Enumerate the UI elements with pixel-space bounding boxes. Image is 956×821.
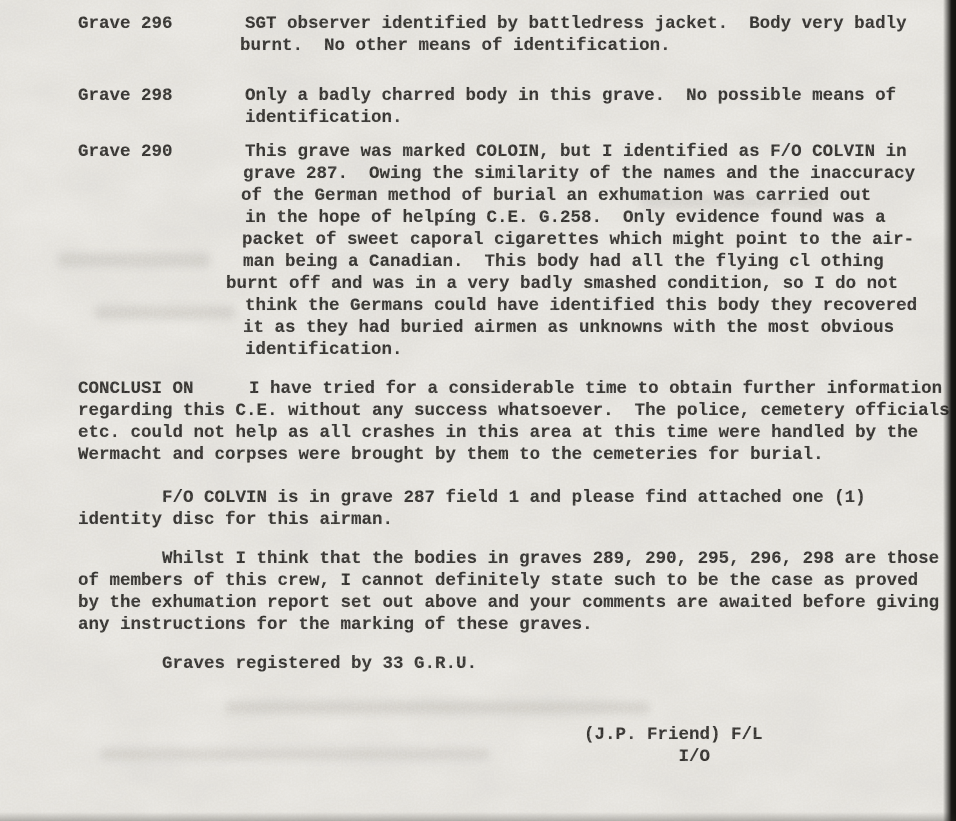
text-line: of the German method of burial an exhuma… bbox=[241, 185, 917, 207]
text-line: think the Germans could have identified … bbox=[245, 295, 917, 317]
signature-name: (J.P. Friend) F/L bbox=[584, 724, 763, 746]
grave-number-label: Grave 290 bbox=[78, 141, 173, 163]
grave-number-label: Grave 298 bbox=[78, 85, 173, 107]
signature-block: (J.P. Friend) F/L I/O bbox=[584, 724, 763, 768]
scan-edge-bottom bbox=[0, 812, 956, 821]
scan-edge-right bbox=[943, 0, 956, 821]
text-line: it as they had buried airmen as unknowns… bbox=[243, 317, 917, 339]
conclusion-heading: CONCLUSI ON bbox=[78, 378, 194, 400]
conclusion-first-row: CONCLUSI ON I have tried for a considera… bbox=[78, 378, 956, 400]
grave-entry-body: Only a badly charred body in this grave.… bbox=[245, 85, 896, 129]
text-line: by the exhumation report set out above a… bbox=[78, 592, 956, 614]
text-line: F/O COLVIN is in grave 287 field 1 and p… bbox=[78, 487, 956, 509]
text-line: I have tried for a considerable time to … bbox=[249, 378, 942, 400]
registration-line: Graves registered by 33 G.R.U. bbox=[78, 653, 477, 675]
text-line: burnt off and was in a very badly smashe… bbox=[226, 273, 917, 295]
text-line: Wermacht and corpses were brought by the… bbox=[78, 444, 956, 466]
bleedthrough-smudge bbox=[225, 701, 650, 714]
text-line: SGT observer identified by battledress j… bbox=[245, 13, 907, 35]
paragraph-whilst: Whilst I think that the bodies in graves… bbox=[78, 548, 956, 636]
text-line: identification. bbox=[245, 107, 896, 129]
bleedthrough-smudge bbox=[58, 253, 210, 267]
text-line: man being a Canadian. This body had all … bbox=[243, 251, 917, 273]
grave-number-label: Grave 296 bbox=[78, 13, 173, 35]
text-line: packet of sweet caporal cigarettes which… bbox=[242, 229, 917, 251]
text-line: Only a badly charred body in this grave.… bbox=[245, 85, 896, 107]
text-line: identification. bbox=[245, 339, 917, 361]
grave-entry-body: This grave was marked COLOIN, but I iden… bbox=[245, 141, 917, 361]
document-page: Grave 296 SGT observer identified by bat… bbox=[0, 0, 956, 821]
text-line: any instructions for the marking of thes… bbox=[78, 614, 956, 636]
text-line: Whilst I think that the bodies in graves… bbox=[78, 548, 956, 570]
text-line: identity disc for this airman. bbox=[78, 509, 956, 531]
text-line: burnt. No other means of identification. bbox=[240, 35, 907, 57]
text-line: of members of this crew, I cannot defini… bbox=[78, 570, 956, 592]
text-line: regarding this C.E. without any success … bbox=[78, 400, 956, 422]
paragraph-colvin: F/O COLVIN is in grave 287 field 1 and p… bbox=[78, 487, 956, 531]
conclusion-section: CONCLUSI ON I have tried for a considera… bbox=[78, 378, 956, 466]
text-line: grave 287. Owing the similarity of the n… bbox=[243, 163, 917, 185]
text-line: This grave was marked COLOIN, but I iden… bbox=[245, 141, 917, 163]
bleedthrough-smudge bbox=[100, 748, 490, 760]
text-line: in the hope of helpíng C.E. G.258. Only … bbox=[245, 207, 917, 229]
grave-entry-body: SGT observer identified by battledress j… bbox=[245, 13, 907, 57]
bleedthrough-smudge bbox=[95, 306, 235, 319]
signature-title: I/O bbox=[584, 746, 763, 768]
text-line: etc. could not help as all crashes in th… bbox=[78, 422, 956, 444]
